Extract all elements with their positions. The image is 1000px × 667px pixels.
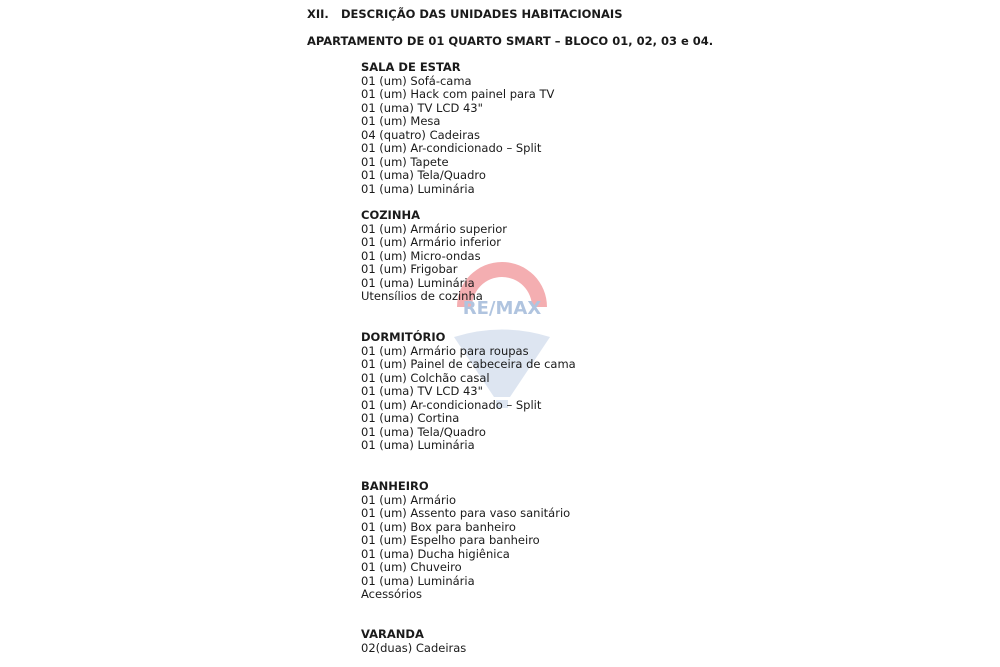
list-item: 01 (um) Painel de cabeceira de cama xyxy=(361,358,576,372)
list-item: 01 (um) Colchão casal xyxy=(361,372,576,386)
list-item: 01 (uma) Luminária xyxy=(361,575,570,589)
section-sala-de-estar: SALA DE ESTAR 01 (um) Sofá-cama 01 (um) … xyxy=(361,61,554,196)
section-heading-cozinha: COZINHA xyxy=(361,209,507,223)
list-item: Utensílios de cozinha xyxy=(361,290,507,304)
list-item: 01 (um) Armário xyxy=(361,494,570,508)
section-varanda: VARANDA 02(duas) Cadeiras xyxy=(361,628,466,655)
section-title: DESCRIÇÃO DAS UNIDADES HABITACIONAIS xyxy=(341,7,623,21)
document-page: RE/MAX XII. DESCRIÇÃO DAS UNIDADES HABIT… xyxy=(0,0,1000,667)
list-item: 01 (uma) Tela/Quadro xyxy=(361,169,554,183)
list-item: 01 (um) Espelho para banheiro xyxy=(361,534,570,548)
list-item: 01 (um) Armário para roupas xyxy=(361,345,576,359)
list-item: 01 (um) Sofá-cama xyxy=(361,75,554,89)
list-item: 04 (quatro) Cadeiras xyxy=(361,129,554,143)
list-item: 01 (um) Ar-condicionado – Split xyxy=(361,399,576,413)
list-item: 01 (uma) Luminária xyxy=(361,277,507,291)
section-banheiro: BANHEIRO 01 (um) Armário 01 (um) Assento… xyxy=(361,480,570,602)
list-item: 01 (um) Mesa xyxy=(361,115,554,129)
list-item: 01 (uma) Cortina xyxy=(361,412,576,426)
list-item: 01 (uma) Luminária xyxy=(361,183,554,197)
list-item: 02(duas) Cadeiras xyxy=(361,642,466,656)
list-item: 01 (uma) TV LCD 43" xyxy=(361,102,554,116)
section-heading-sala: SALA DE ESTAR xyxy=(361,61,554,75)
list-item: 01 (uma) TV LCD 43" xyxy=(361,385,576,399)
list-item: 01 (uma) Luminária xyxy=(361,439,576,453)
list-item: 01 (um) Armário superior xyxy=(361,223,507,237)
list-item: 01 (um) Frigobar xyxy=(361,263,507,277)
list-item: 01 (um) Chuveiro xyxy=(361,561,570,575)
list-item: 01 (um) Tapete xyxy=(361,156,554,170)
section-dormitorio: DORMITÓRIO 01 (um) Armário para roupas 0… xyxy=(361,331,576,453)
list-item: 01 (uma) Tela/Quadro xyxy=(361,426,576,440)
list-item: 01 (um) Assento para vaso sanitário xyxy=(361,507,570,521)
list-item: 01 (um) Armário inferior xyxy=(361,236,507,250)
list-item: 01 (um) Hack com painel para TV xyxy=(361,88,554,102)
section-heading-banheiro: BANHEIRO xyxy=(361,480,570,494)
list-item: 01 (um) Ar-condicionado – Split xyxy=(361,142,554,156)
section-heading-varanda: VARANDA xyxy=(361,628,466,642)
apartment-subtitle: APARTAMENTO DE 01 QUARTO SMART – BLOCO 0… xyxy=(307,34,713,48)
section-heading-dormitorio: DORMITÓRIO xyxy=(361,331,576,345)
section-cozinha: COZINHA 01 (um) Armário superior 01 (um)… xyxy=(361,209,507,304)
section-number: XII. xyxy=(307,7,329,21)
list-item: 01 (uma) Ducha higiênica xyxy=(361,548,570,562)
list-item: 01 (um) Micro-ondas xyxy=(361,250,507,264)
list-item: 01 (um) Box para banheiro xyxy=(361,521,570,535)
list-item: Acessórios xyxy=(361,588,570,602)
